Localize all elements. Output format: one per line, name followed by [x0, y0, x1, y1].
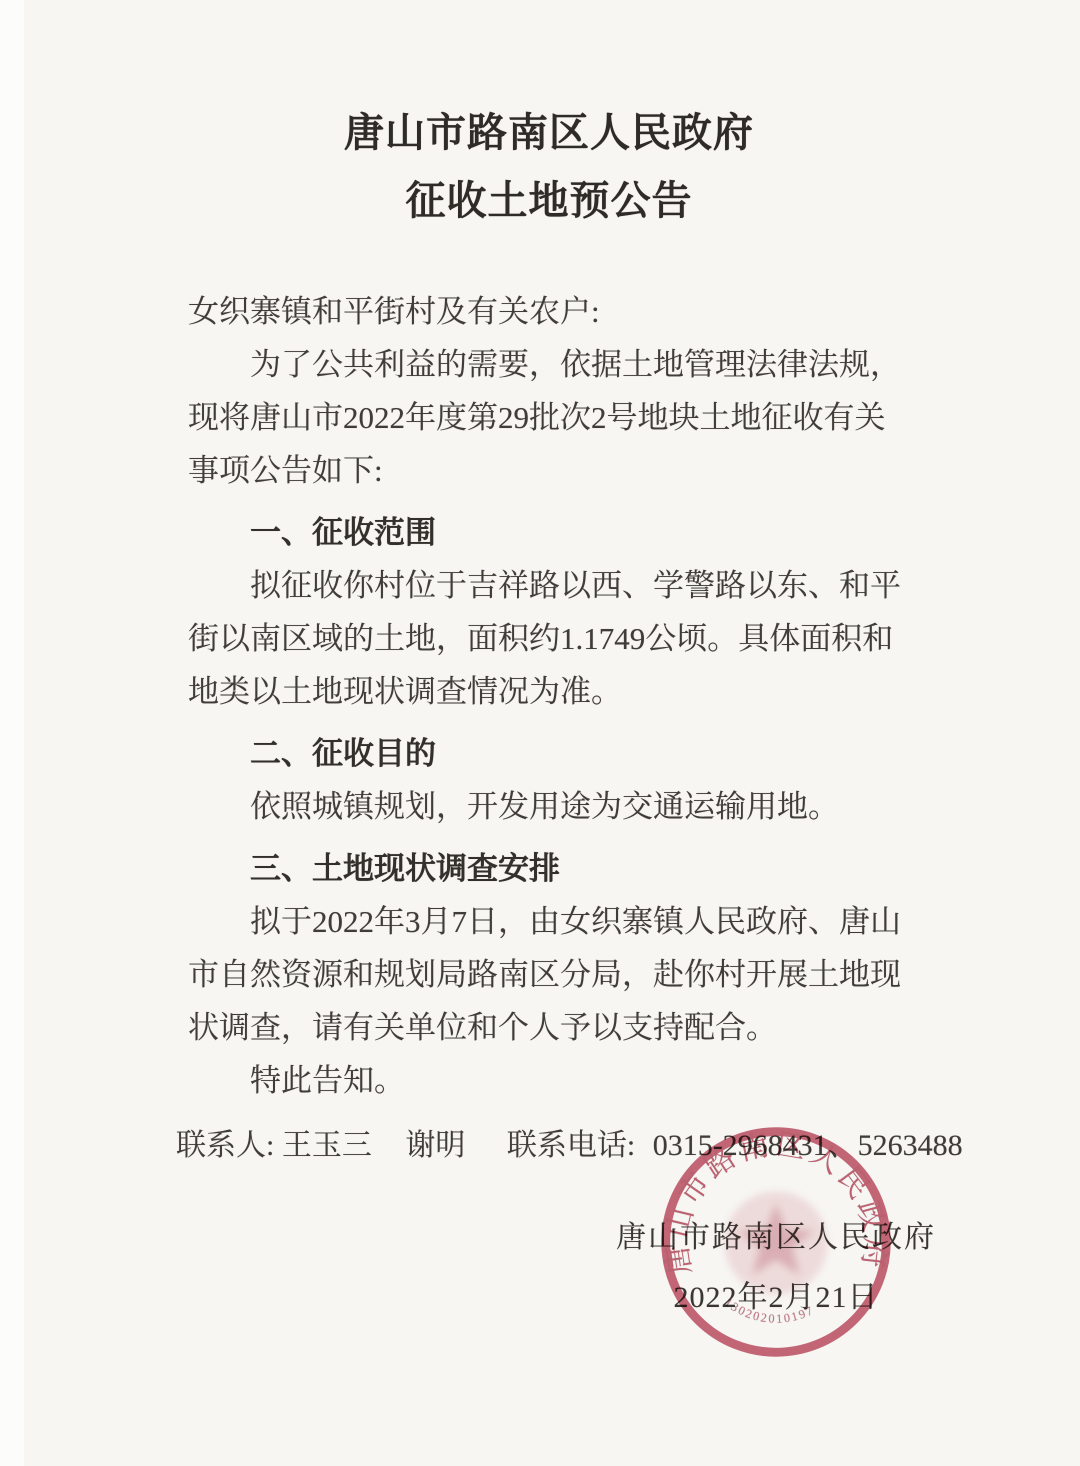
contact-person-1: 王玉三	[282, 1129, 372, 1162]
closing-line: 特此告知。	[188, 1054, 910, 1107]
seal-code-text: 130202010197	[722, 1295, 817, 1326]
section-2-heading: 二、征收目的	[188, 727, 910, 780]
svg-text:130202010197: 130202010197	[722, 1295, 817, 1326]
official-seal: 唐山市路南区人民政府 130202010197	[648, 1114, 904, 1370]
section-2-body: 依照城镇规划，开发用途为交通运输用地。	[188, 780, 910, 833]
section-1-body: 拟征收你村位于吉祥路以西、学警路以东、和平街以南区域的土地，面积约1.1749公…	[188, 559, 910, 718]
document-title-line2: 征收土地预公告	[188, 174, 910, 228]
contact-phone-label: 联系电话:	[507, 1129, 635, 1162]
salutation: 女织寨镇和平街村及有关农户:	[188, 285, 910, 338]
section-3-body: 拟于2022年3月7日，由女织寨镇人民政府、唐山市自然资源和规划局路南区分局，赴…	[188, 895, 910, 1054]
document-body: 唐山市路南区人民政府 征收土地预公告 女织寨镇和平街村及有关农户: 为了公共利益…	[188, 106, 910, 1172]
intro-paragraph: 为了公共利益的需要，依据土地管理法律法规，现将唐山市2022年度第29批次2号地…	[188, 338, 910, 497]
document-page: 唐山市路南区人民政府 征收土地预公告 女织寨镇和平街村及有关农户: 为了公共利益…	[0, 0, 1080, 1466]
section-3-heading: 三、土地现状调查安排	[188, 842, 910, 895]
document-title-line1: 唐山市路南区人民政府	[188, 106, 910, 160]
contact-person-2: 谢明	[405, 1129, 465, 1162]
section-1-heading: 一、征收范围	[188, 506, 910, 559]
contact-person-label: 联系人:	[176, 1129, 274, 1162]
